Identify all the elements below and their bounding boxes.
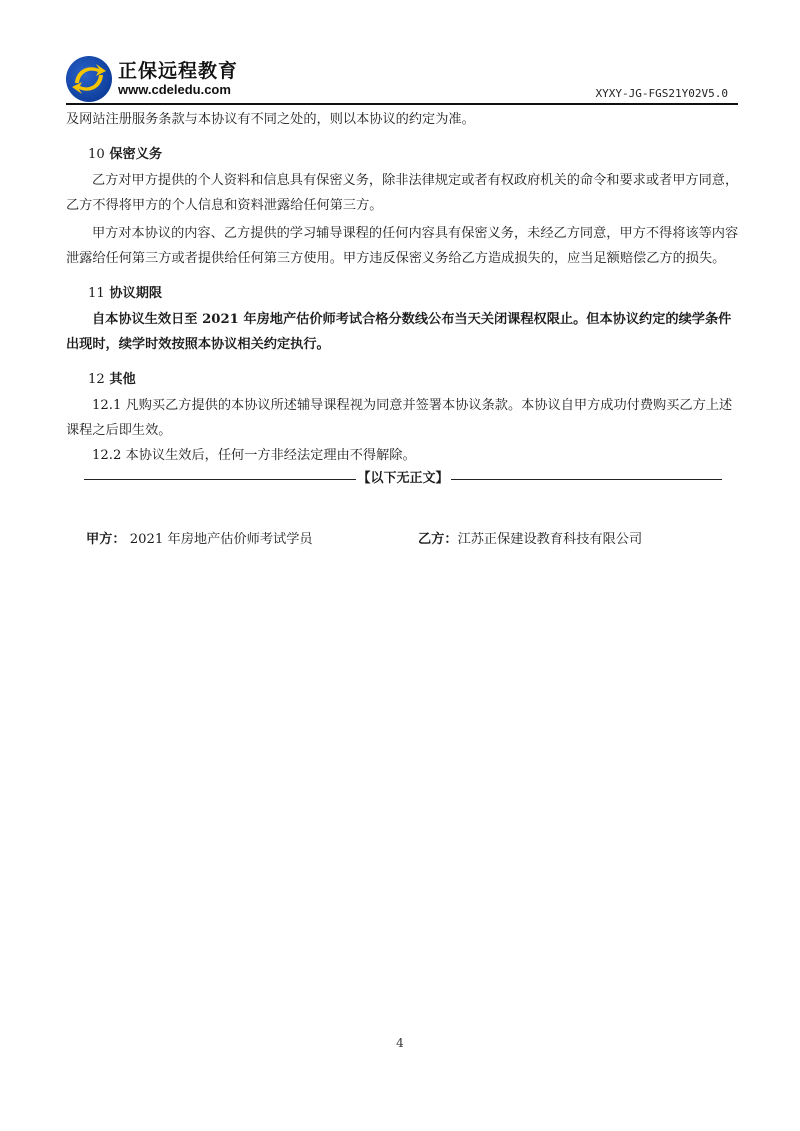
brand: 正保远程教育 www.cdeledu.com: [118, 60, 238, 98]
section-number: 11: [88, 286, 105, 301]
section-heading-11: 11 协议期限: [66, 281, 740, 307]
page-number: 4: [0, 1036, 800, 1050]
section-title: 其他: [109, 372, 135, 387]
party-a-value: 2021 年房地产估价师考试学员: [130, 532, 313, 547]
document-code: XYXY-JG-FGS21Y02V5.0: [596, 87, 728, 100]
section-heading-12: 12 其他: [66, 367, 740, 393]
section-paragraph: 12.2 本协议生效后，任何一方非经法定理由不得解除。: [66, 443, 740, 468]
section-paragraph: 乙方对甲方提供的个人资料和信息具有保密义务，除非法律规定或者有权政府机关的命令和…: [66, 168, 740, 218]
party-a: 甲方： 2021 年房地产估价师考试学员: [86, 528, 313, 547]
section-number: 12: [88, 372, 105, 387]
end-marker: 【以下无正文】: [356, 468, 451, 490]
party-b-label: 乙方：: [418, 532, 458, 547]
section-paragraph: 甲方对本协议的内容、乙方提供的学习辅导课程的任何内容具有保密义务，未经乙方同意，…: [66, 221, 740, 271]
brand-url: www.cdeledu.com: [118, 82, 238, 98]
header-divider: [66, 103, 738, 105]
document-body: 及网站注册服务条款与本协议有不同之处的，则以本协议的约定为准。 10 保密义务 …: [66, 107, 740, 490]
divider-line: [451, 479, 723, 480]
page-header: 正保远程教育 www.cdeledu.com XYXY-JG-FGS21Y02V…: [66, 56, 736, 102]
party-b-value: 江苏正保建设教育科技有限公司: [458, 532, 643, 547]
cdeledu-logo-icon: [66, 56, 112, 102]
continuation-paragraph: 及网站注册服务条款与本协议有不同之处的，则以本协议的约定为准。: [66, 107, 740, 132]
party-a-label: 甲方：: [86, 532, 126, 547]
section-paragraph: 自本协议生效日至 2021 年房地产估价师考试合格分数线公布当天关闭课程权限止。…: [66, 307, 740, 357]
section-paragraph: 12.1 凡购买乙方提供的本协议所述辅导课程视为同意并签署本协议条款。本协议自甲…: [66, 393, 740, 443]
section-title: 协议期限: [109, 286, 162, 301]
section-title: 保密义务: [109, 147, 162, 162]
section-heading-10: 10 保密义务: [66, 142, 740, 168]
brand-name: 正保远程教育: [118, 60, 238, 82]
end-of-text-divider: 【以下无正文】: [84, 468, 722, 490]
party-b: 乙方：江苏正保建设教育科技有限公司: [418, 528, 642, 547]
divider-line: [84, 479, 356, 480]
section-number: 10: [88, 147, 105, 162]
